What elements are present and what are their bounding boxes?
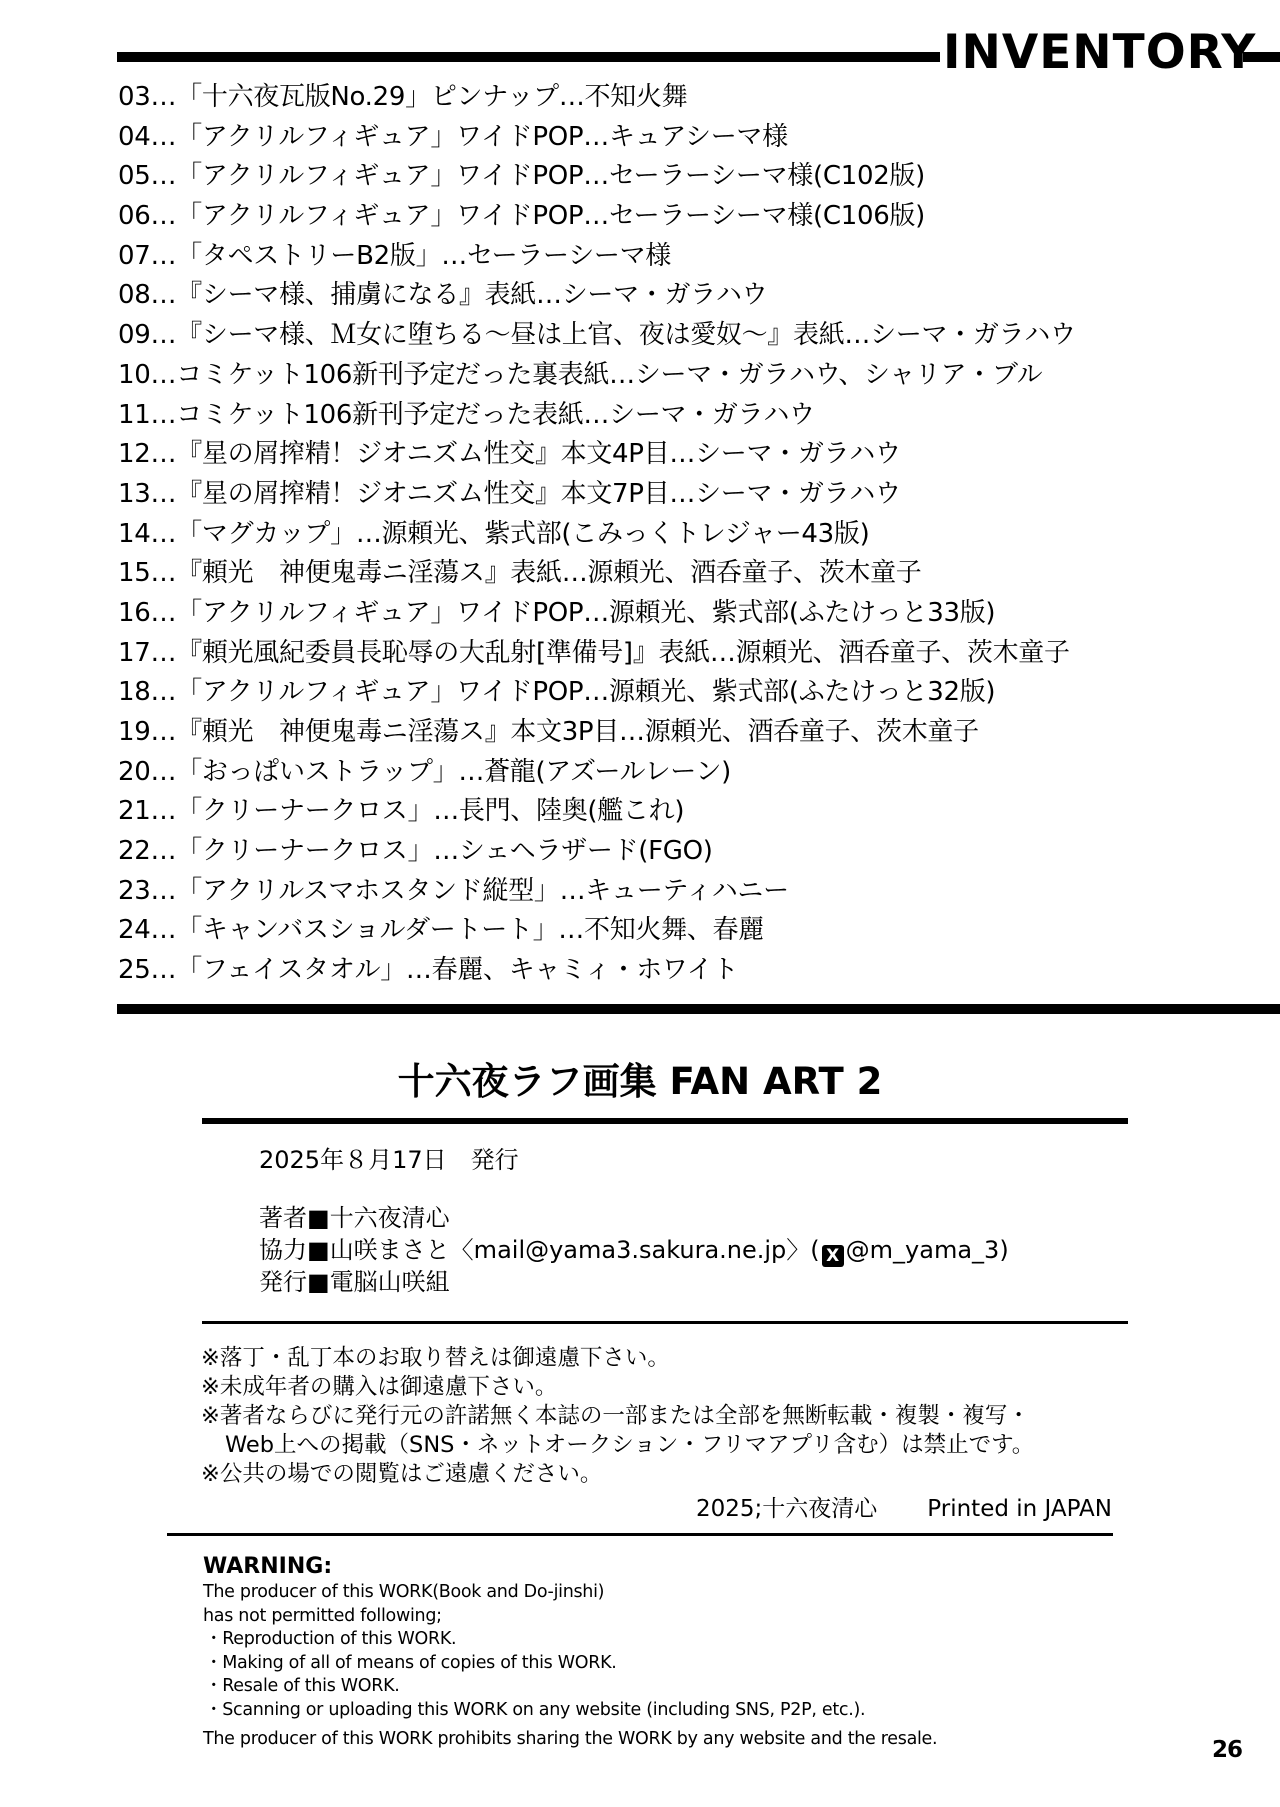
inventory-item: 03…「十六夜瓦版No.29」ピンナップ…不知火舞 bbox=[118, 78, 1268, 118]
publisher-label: 発行■ bbox=[259, 1268, 330, 1296]
warning-bullet: ・Scanning or uploading this WORK on any … bbox=[203, 1699, 1103, 1723]
inventory-item: 23…「アクリルスマホスタンド縦型」…キューティハニー bbox=[118, 872, 1268, 912]
imprint: 2025;十六夜清心Printed in JAPAN bbox=[696, 1494, 1112, 1524]
inventory-heading: INVENTORY bbox=[943, 22, 1256, 84]
x-logo-icon: X bbox=[822, 1245, 844, 1267]
inventory-item: 25…「フェイスタオル」…春麗、キャミィ・ホワイト bbox=[118, 951, 1268, 991]
inventory-item: 07…「タペストリーB2版」…セーラーシーマ様 bbox=[118, 237, 1268, 277]
inventory-item: 21…「クリーナークロス」…長門、陸奥(艦これ) bbox=[118, 792, 1268, 832]
inventory-list: 03…「十六夜瓦版No.29」ピンナップ…不知火舞 04…「アクリルフィギュア」… bbox=[118, 78, 1268, 991]
inventory-top-rule bbox=[117, 52, 940, 62]
inventory-item: 09…『シーマ様、Ｍ女に堕ちる～昼は上官、夜は愛奴～』表紙…シーマ・ガラハウ bbox=[118, 316, 1268, 356]
cooperation-label: 協力■ bbox=[259, 1236, 330, 1264]
inventory-item: 14…「マグカップ」…源頼光、紫式部(こみっくトレジャー43版) bbox=[118, 515, 1268, 555]
note-item: ※落丁・乱丁本のお取り替えは御遠慮下さい。 bbox=[201, 1344, 1121, 1373]
inventory-item: 08…『シーマ様、捕虜になる』表紙…シーマ・ガラハウ bbox=[118, 276, 1268, 316]
inventory-item: 12…『星の屑搾精！ジオニズム性交』本文4P目…シーマ・ガラハウ bbox=[118, 435, 1268, 475]
inventory-item: 05…「アクリルフィギュア」ワイドPOP…セーラーシーマ様(C102版) bbox=[118, 157, 1268, 197]
warning-intro: has not permitted following; bbox=[203, 1605, 1103, 1629]
x-handle: @m_yama_3) bbox=[846, 1236, 1009, 1264]
page-number: 26 bbox=[1212, 1735, 1242, 1765]
inventory-item: 13…『星の屑搾精！ジオニズム性交』本文7P目…シーマ・ガラハウ bbox=[118, 475, 1268, 515]
inventory-item: 06…「アクリルフィギュア」ワイドPOP…セーラーシーマ様(C106版) bbox=[118, 197, 1268, 237]
inventory-item: 24…「キャンバスショルダートート」…不知火舞、春麗 bbox=[118, 911, 1268, 951]
cooperation-line: 協力■山咲まさと〈mail@yama3.sakura.ne.jp〉(X@m_ya… bbox=[259, 1234, 1009, 1267]
publish-date: 2025年８月17日 発行 bbox=[259, 1144, 519, 1176]
author-name: 十六夜清心 bbox=[330, 1204, 450, 1232]
warning-title: WARNING: bbox=[203, 1553, 1103, 1581]
warning-bullet: ・Resale of this WORK. bbox=[203, 1675, 1103, 1699]
inventory-item: 04…「アクリルフィギュア」ワイドPOP…キュアシーマ様 bbox=[118, 118, 1268, 158]
warning-bullet: ・Reproduction of this WORK. bbox=[203, 1628, 1103, 1652]
notes-bottom-rule bbox=[167, 1533, 1113, 1536]
inventory-item: 17…『頼光風紀委員長恥辱の大乱射[準備号]』表紙…源頼光、酒呑童子、茨木童子 bbox=[118, 634, 1268, 674]
notes-top-rule bbox=[202, 1321, 1128, 1324]
note-item: ※公共の場での閲覧はご遠慮ください。 bbox=[201, 1460, 1121, 1489]
publisher-name: 電脳山咲組 bbox=[330, 1268, 450, 1296]
inventory-item: 19…『頼光 神便鬼毒ニ淫蕩ス』本文3P目…源頼光、酒呑童子、茨木童子 bbox=[118, 713, 1268, 753]
inventory-bottom-rule bbox=[117, 1004, 1280, 1014]
notes-list: ※落丁・乱丁本のお取り替えは御遠慮下さい。 ※未成年者の購入は御遠慮下さい。 ※… bbox=[201, 1344, 1121, 1489]
inventory-item: 16…「アクリルフィギュア」ワイドPOP…源頼光、紫式部(ふたけっと33版) bbox=[118, 594, 1268, 634]
inventory-item: 10…コミケット106新刊予定だった裏表紙…シーマ・ガラハウ、シャリア・ブル bbox=[118, 356, 1268, 396]
note-item: ※未成年者の購入は御遠慮下さい。 bbox=[201, 1373, 1121, 1402]
title-underline-rule bbox=[202, 1118, 1128, 1124]
note-item: Web上への掲載（SNS・ネットオークション・フリマアプリ含む）は禁止です。 bbox=[201, 1431, 1121, 1460]
author-line: 著者■十六夜清心 bbox=[259, 1202, 450, 1234]
warning-footer: The producer of this WORK prohibits shar… bbox=[203, 1728, 1103, 1751]
inventory-top-rule-right bbox=[1243, 52, 1280, 62]
warning-intro: The producer of this WORK(Book and Do-ji… bbox=[203, 1581, 1103, 1605]
inventory-item: 11…コミケット106新刊予定だった表紙…シーマ・ガラハウ bbox=[118, 396, 1268, 436]
book-title: 十六夜ラフ画集 FAN ART 2 bbox=[0, 1052, 1280, 1112]
inventory-item: 15…『頼光 神便鬼毒ニ淫蕩ス』表紙…源頼光、酒呑童子、茨木童子 bbox=[118, 554, 1268, 594]
cooperation-name: 山咲まさと〈mail@yama3.sakura.ne.jp〉( bbox=[330, 1236, 820, 1264]
note-item: ※著者ならびに発行元の許諾無く本誌の一部または全部を無断転載・複製・複写・ bbox=[201, 1402, 1121, 1431]
warning-bullet: ・Making of all of means of copies of thi… bbox=[203, 1652, 1103, 1676]
inventory-item: 20…「おっぱいストラップ」…蒼龍(アズールレーン) bbox=[118, 753, 1268, 793]
inventory-item: 22…「クリーナークロス」…シェヘラザード(FGO) bbox=[118, 832, 1268, 872]
copyright-text: 2025;十六夜清心 bbox=[696, 1496, 877, 1522]
printed-in-text: Printed in JAPAN bbox=[927, 1496, 1112, 1522]
inventory-item: 18…「アクリルフィギュア」ワイドPOP…源頼光、紫式部(ふたけっと32版) bbox=[118, 673, 1268, 713]
warning-section: WARNING: The producer of this WORK(Book … bbox=[203, 1553, 1103, 1751]
publisher-line: 発行■電脳山咲組 bbox=[259, 1266, 450, 1298]
author-label: 著者■ bbox=[259, 1204, 330, 1232]
